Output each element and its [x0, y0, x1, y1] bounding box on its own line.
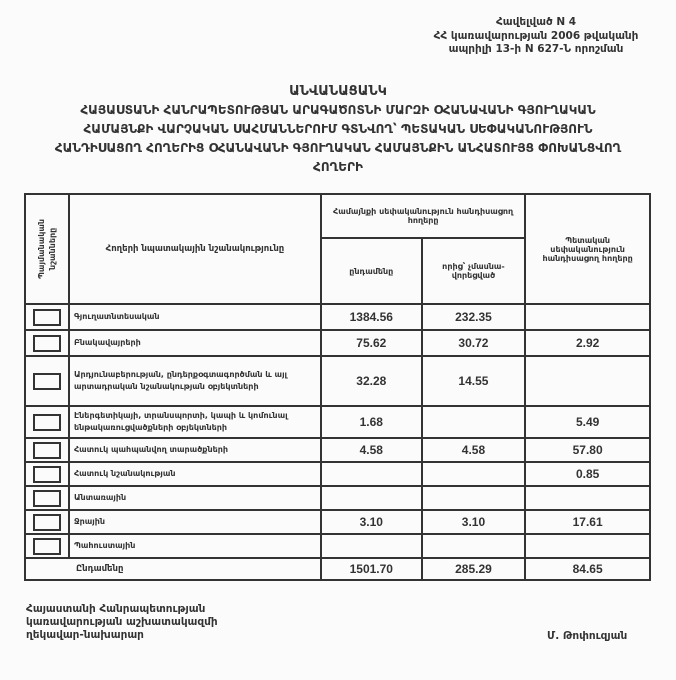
community-total-cell: 32.28 — [321, 356, 422, 406]
community-total-cell — [321, 486, 422, 510]
purpose-cell: Բնակավայրերի — [69, 330, 321, 356]
header-total: ընդամենը — [321, 238, 422, 304]
community-total-cell: 3.10 — [321, 510, 422, 534]
header-code: Պայմանական նշանները — [25, 194, 69, 304]
legend-swatch — [33, 442, 61, 459]
legend-cell — [25, 330, 69, 356]
title-main: ԱՆՎԱՆԱՑԱՆԿ — [20, 82, 656, 101]
unprivatized-cell — [422, 534, 526, 558]
unprivatized-cell: 30.72 — [422, 330, 526, 356]
title-line-1: ՀԱՅԱՍՏԱՆԻ ՀԱՆՐԱՊԵՏՈՒԹՅԱՆ ԱՐԱԳԱԾՈՏՆԻ ՄԱՐԶ… — [20, 101, 656, 120]
header-community: Համայնքի սեփականություն հանդիսացող հողեր… — [321, 194, 525, 238]
title-line-3: ՀԱՆԴԻՍԱՑՈՂ ՀՈՂԵՐԻՑ ՕՀԱՆԱՎԱՆԻ ԳՅՈՒՂԱԿԱՆ Հ… — [20, 139, 656, 158]
community-total-cell: 1.68 — [321, 406, 422, 438]
annex-number: Հավելված N 4 — [418, 16, 654, 30]
community-total-cell: 4.58 — [321, 438, 422, 462]
header-purpose: Հողերի նպատակային նշանակությունը — [69, 194, 321, 304]
purpose-cell: Ջրային — [69, 510, 321, 534]
unprivatized-cell — [422, 462, 526, 486]
purpose-cell: Անտառային — [69, 486, 321, 510]
state-cell: 57.80 — [525, 438, 650, 462]
legend-cell — [25, 356, 69, 406]
legend-cell — [25, 510, 69, 534]
title-line-2: ՀԱՄԱՅՆՔԻ ՎԱՐՉԱԿԱՆ ՍԱՀՄԱՆՆԵՐՈՒՄ ԳՏՆՎՈՂ՝ Պ… — [20, 120, 656, 139]
annex-reference: Հավելված N 4 ՀՀ կառավարության 2006 թվակա… — [418, 16, 654, 57]
legend-swatch — [33, 466, 61, 483]
total-community: 1501.70 — [321, 558, 422, 580]
legend-cell — [25, 534, 69, 558]
unprivatized-cell: 232.35 — [422, 304, 526, 330]
signatory-line-2: կառավարության աշխատակազմի — [26, 616, 218, 629]
land-table: Պայմանական նշանները Հողերի նպատակային նշ… — [24, 193, 651, 581]
total-label: Ընդամենը — [25, 558, 321, 580]
legend-swatch — [33, 373, 61, 390]
signatory-line-1: Հայաստանի Հանրապետության — [26, 603, 218, 616]
unprivatized-cell: 3.10 — [422, 510, 526, 534]
table-row: Հատուկ նշանակության0.85 — [25, 462, 650, 486]
community-total-cell — [321, 534, 422, 558]
state-cell: 5.49 — [525, 406, 650, 438]
title-line-4: ՀՈՂԵՐԻ — [20, 158, 656, 177]
state-cell: 17.61 — [525, 510, 650, 534]
legend-swatch — [33, 514, 61, 531]
table-row: Ջրային3.103.1017.61 — [25, 510, 650, 534]
table-row: Գյուղատնտեսական1384.56232.35 — [25, 304, 650, 330]
community-total-cell: 1384.56 — [321, 304, 422, 330]
header-of-which: որից՝ չմասնա-վորեցված — [422, 238, 526, 304]
legend-cell — [25, 304, 69, 330]
purpose-cell: Պահուստային — [69, 534, 321, 558]
signatory-title: Հայաստանի Հանրապետության կառավարության ա… — [26, 603, 218, 642]
purpose-cell: Արդյունաբերության, ընդերքօգտագործման և ա… — [69, 356, 321, 406]
purpose-cell: Հատուկ նշանակության — [69, 462, 321, 486]
state-cell: 2.92 — [525, 330, 650, 356]
legend-swatch — [33, 490, 61, 507]
annex-decree-date: ապրիլի 13-ի N 627-Ն որոշման — [418, 43, 654, 57]
document-title: ԱՆՎԱՆԱՑԱՆԿ ՀԱՅԱՍՏԱՆԻ ՀԱՆՐԱՊԵՏՈՒԹՅԱՆ ԱՐԱԳ… — [20, 82, 656, 177]
purpose-cell: Էներգետիկայի, տրանսպորտի, կապի և կոմունա… — [69, 406, 321, 438]
table-row: Արդյունաբերության, ընդերքօգտագործման և ա… — [25, 356, 650, 406]
legend-swatch — [33, 414, 61, 431]
state-cell — [525, 486, 650, 510]
legend-swatch — [33, 538, 61, 555]
header-code-text: Պայմանական նշանները — [36, 219, 58, 279]
table-row: Անտառային — [25, 486, 650, 510]
community-total-cell — [321, 462, 422, 486]
state-cell — [525, 534, 650, 558]
legend-cell — [25, 486, 69, 510]
state-cell — [525, 356, 650, 406]
legend-cell — [25, 462, 69, 486]
state-cell: 0.85 — [525, 462, 650, 486]
purpose-cell: Հատուկ պահպանվող տարածքների — [69, 438, 321, 462]
unprivatized-cell: 4.58 — [422, 438, 526, 462]
state-cell — [525, 304, 650, 330]
legend-cell — [25, 406, 69, 438]
annex-decree-line: ՀՀ կառավարության 2006 թվականի — [418, 30, 654, 44]
table-row: Հատուկ պահպանվող տարածքների4.584.5857.80 — [25, 438, 650, 462]
legend-swatch — [33, 335, 61, 352]
total-unprivatized: 285.29 — [422, 558, 526, 580]
legend-cell — [25, 438, 69, 462]
legend-swatch — [33, 309, 61, 326]
purpose-cell: Գյուղատնտեսական — [69, 304, 321, 330]
unprivatized-cell — [422, 406, 526, 438]
community-total-cell: 75.62 — [321, 330, 422, 356]
signatory-name: Մ. Թոփուզյան — [547, 630, 627, 642]
header-state: Պետական սեփականություն հանդիսացող հողերը — [525, 194, 650, 304]
table-row: Պահուստային — [25, 534, 650, 558]
table-row: Բնակավայրերի75.6230.722.92 — [25, 330, 650, 356]
table-row: Էներգետիկայի, տրանսպորտի, կապի և կոմունա… — [25, 406, 650, 438]
total-row: Ընդամենը 1501.70 285.29 84.65 — [25, 558, 650, 580]
signatory-line-3: ղեկավար-նախարար — [26, 629, 218, 642]
unprivatized-cell — [422, 486, 526, 510]
total-state: 84.65 — [525, 558, 650, 580]
unprivatized-cell: 14.55 — [422, 356, 526, 406]
